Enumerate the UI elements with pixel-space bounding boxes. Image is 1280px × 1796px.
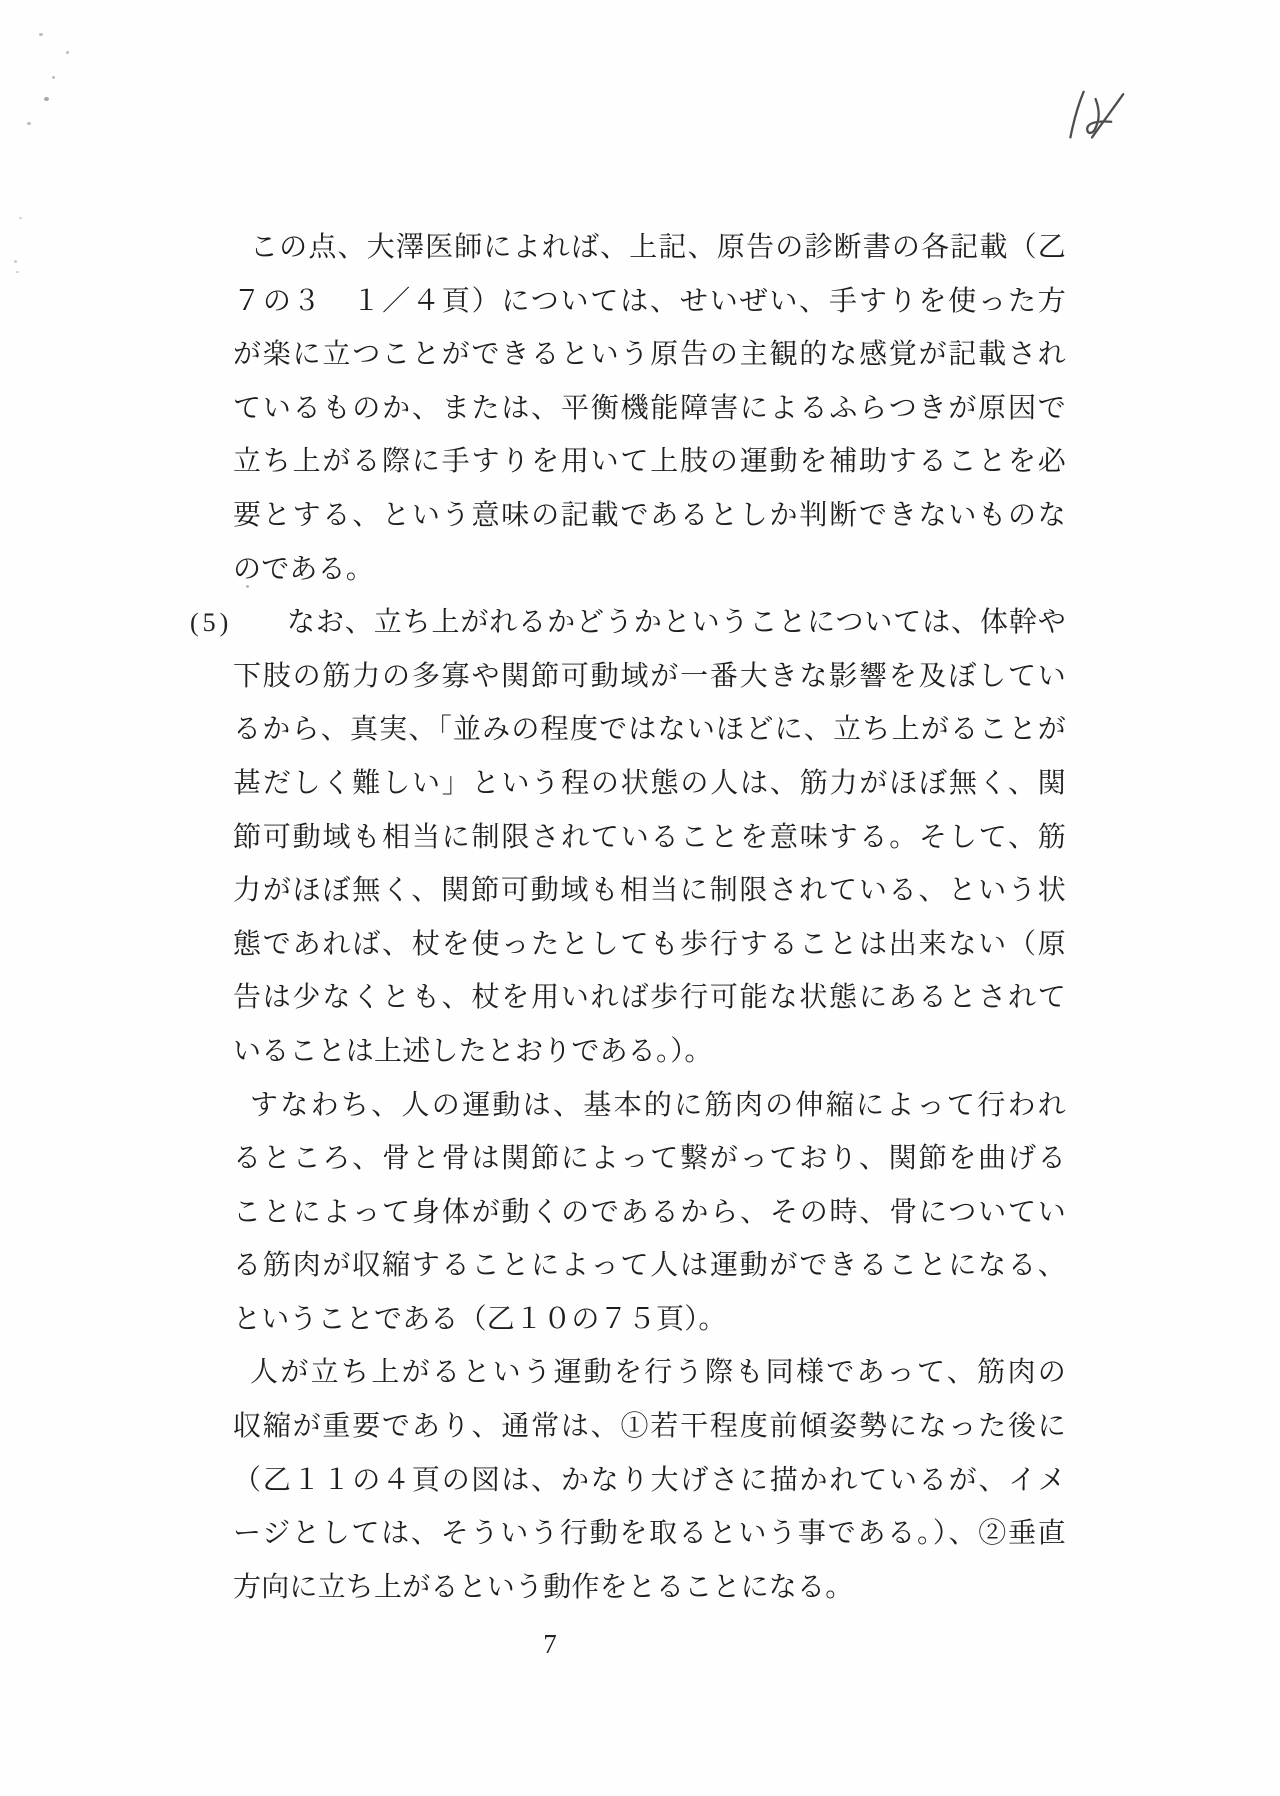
text-line: すなわち、人の運動は、基本的に筋肉の伸縮によって行われ [233,1079,1066,1133]
text-line: 告は少なくとも、杖を用いれば歩行可能な状態にあるとされて [233,971,1066,1025]
paragraph: この点、大澤医師によれば、上記、原告の診断書の各記載（乙 ７の３ １／４頁）につ… [233,221,1066,596]
scan-speck [16,271,19,273]
text-line: 方向に立ち上がるという動作をとることになる。 [233,1561,1066,1615]
text-line: 節可動域も相当に制限されていることを意味する。そして、筋 [233,811,1066,865]
paragraph: なお、立ち上がれるかどうかということについては、体幹や 下肢の筋力の多寡や関節可… [233,596,1066,1078]
text-line: 甚だしく難しい」という程の状態の人は、筋力がほぼ無く、関 [233,757,1066,811]
text-line: この点、大澤医師によれば、上記、原告の診断書の各記載（乙 [233,221,1066,275]
text-line: る筋肉が収縮することによって人は運動ができることになる、 [233,1239,1066,1293]
text-line: 収縮が重要であり、通常は、①若干程度前傾姿勢になった後に [233,1400,1066,1454]
text-line: るところ、骨と骨は関節によって繋がっており、関節を曲げる [233,1132,1066,1186]
text-line: ということである（乙１０の７５頁）。 [233,1293,1066,1347]
text-line: 力がほぼ無く、関節可動域も相当に制限されている、という状 [233,864,1066,918]
text-line: 立ち上がる際に手すりを用いて上肢の運動を補助することを必 [233,435,1066,489]
scan-speck [14,260,17,263]
document-body: この点、大澤医師によれば、上記、原告の診断書の各記載（乙 ７の３ １／４頁）につ… [233,221,1066,1614]
text-line: ことによって身体が動くのであるから、その時、骨についてい [233,1186,1066,1240]
paragraph: 人が立ち上がるという運動を行う際も同様であって、筋肉の 収縮が重要であり、通常は… [233,1346,1066,1614]
text-line: ７の３ １／４頁）については、せいぜい、手すりを使った方 [233,275,1066,329]
scanned-document-page: (5) この点、大澤医師によれば、上記、原告の診断書の各記載（乙 ７の３ １／４… [0,0,1280,1796]
text-line: るから、真実、「並みの程度ではないほどに、立ち上がることが [233,703,1066,757]
text-line: 下肢の筋力の多寡や関節可動域が一番大きな影響を及ぼしてい [233,650,1066,704]
text-line: 態であれば、杖を使ったとしても歩行することは出来ない（原 [233,918,1066,972]
text-line: （乙１１の４頁の図は、かなり大げさに描かれているが、イメ [233,1454,1066,1508]
text-line: 人が立ち上がるという運動を行う際も同様であって、筋肉の [233,1346,1066,1400]
text-line: ージとしては、そういう行動を取るという事である。）、②垂直 [233,1507,1066,1561]
handwritten-page-mark [1056,86,1140,148]
scan-speck [27,122,31,125]
scan-speck [39,33,43,36]
text-line: が楽に立つことができるという原告の主観的な感覚が記載され [233,328,1066,382]
item-number-marker: (5) [190,596,232,650]
text-line: なお、立ち上がれるかどうかということについては、体幹や [233,596,1066,650]
scan-speck [66,51,69,54]
page-number: 7 [527,1627,573,1661]
text-line: いることは上述したとおりである。）。 [233,1025,1066,1079]
scan-speck [19,217,22,219]
text-line: 要とする、という意味の記載であるとしか判断できないものな [233,489,1066,543]
paragraph: すなわち、人の運動は、基本的に筋肉の伸縮によって行われ るところ、骨と骨は関節に… [233,1079,1066,1347]
scan-speck [52,76,55,79]
text-line: のである。 [233,543,1066,597]
text-line: ているものか、または、平衡機能障害によるふらつきが原因で [233,382,1066,436]
scan-speck [44,97,49,101]
